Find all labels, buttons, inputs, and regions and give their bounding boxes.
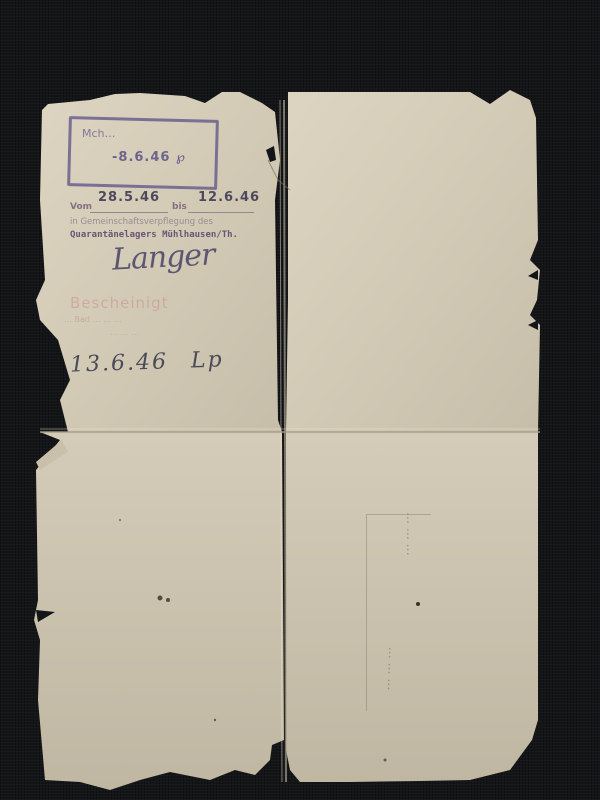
handwritten-signature: Langer [111,237,215,277]
handwritten-date-value: 13.6.46 [70,349,169,377]
red-stamp-line-2: … … … [110,328,139,337]
handwritten-initials: Lp [191,347,225,373]
line-from [90,212,168,213]
pencil-note-2: … … … [378,646,394,690]
red-stamp-title: Bescheinigt [70,294,169,312]
handwritten-date: 13.6.46 Lp [70,347,224,377]
panel-lower-left [34,432,284,790]
photo-stage: Mch… -8.6.46 ℘ Vom 28.5.46 bis 12.6.46 i… [0,0,600,800]
form-text-line-1: in Gemeinschaftsverpflegung des [70,217,213,227]
pencil-frame [366,514,431,711]
red-stamp-line-1: … Bad … … … [64,315,122,324]
panel-upper-right [286,90,540,432]
line-to [188,212,254,213]
label-from: Vom [70,202,92,212]
stamp-place-text: Mch… [82,127,116,140]
label-to: bis [172,202,187,212]
vertical-fold [284,100,286,782]
date-to-value: 12.6.46 [198,190,260,205]
date-from-value: 28.5.46 [98,190,160,205]
pencil-note-1: … … … [404,512,418,556]
stamp-date-text: -8.6.46 ℘ [112,150,186,165]
